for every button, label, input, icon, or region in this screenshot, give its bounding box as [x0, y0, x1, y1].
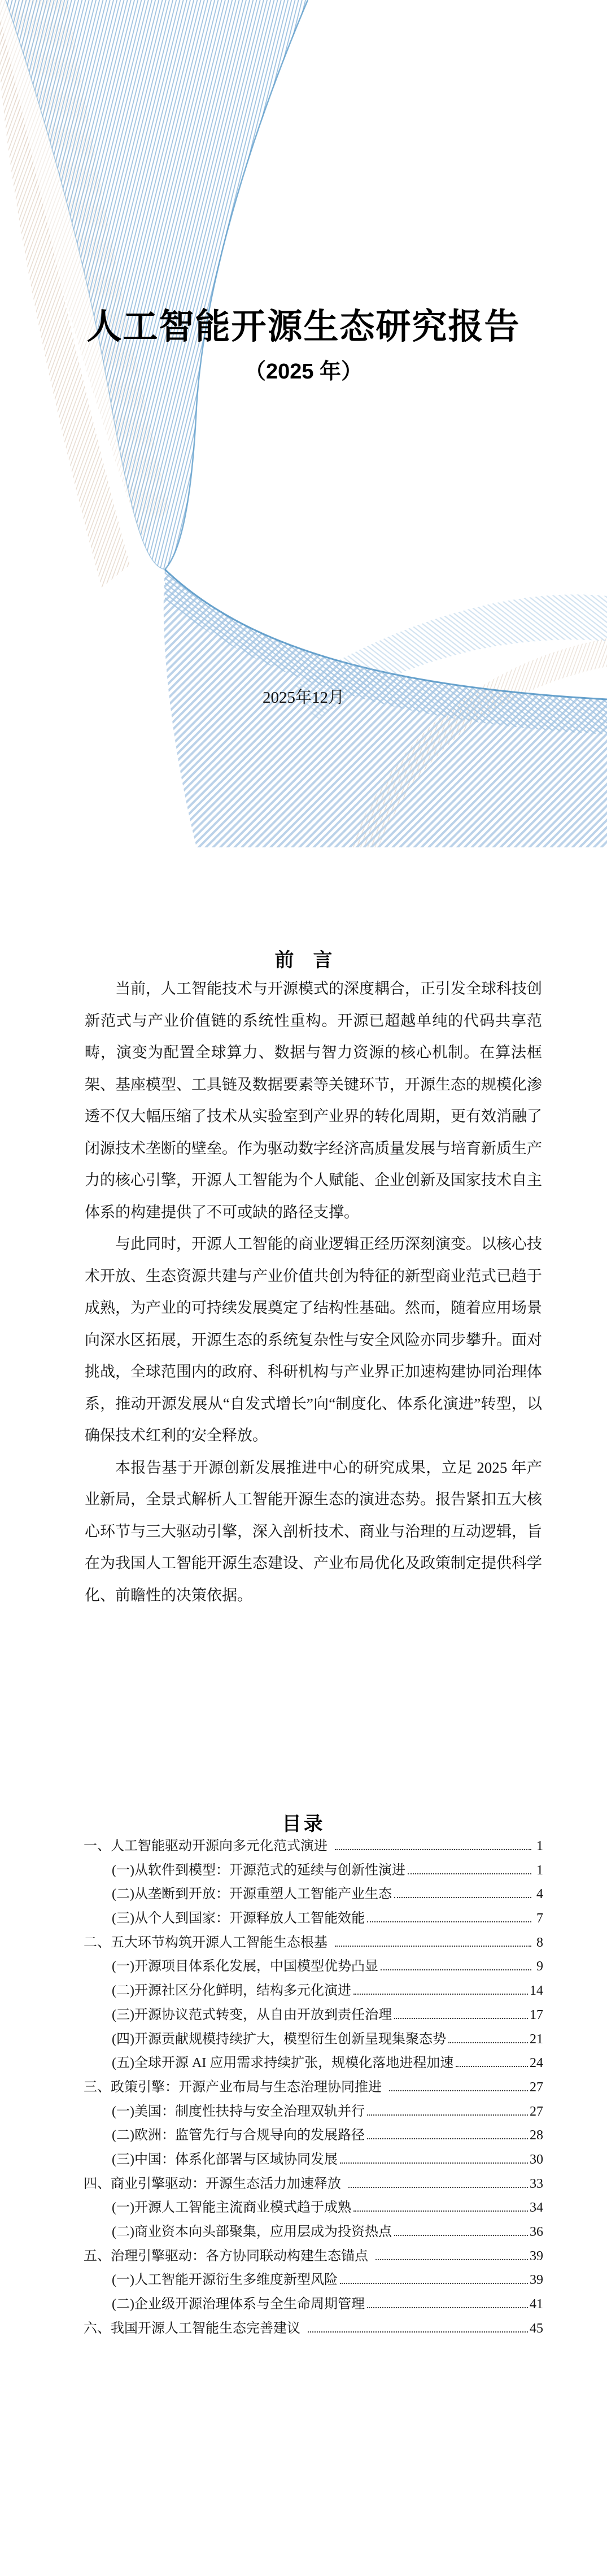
preface-page: 前 言 当前，人工智能技术与开源模式的深度耦合，正引发全球科技创新范式与产业价值… — [0, 859, 607, 1717]
toc-entry: (二)欧洲：监管先行与合规导向的发展路径 28 — [84, 2124, 543, 2148]
report-date: 2025年12月 — [0, 685, 607, 708]
toc-dot-leader — [381, 1956, 531, 1970]
toc-dot-leader — [340, 2149, 528, 2164]
toc-entry-label: (三)中国：体系化部署与区域协同发展 — [112, 2148, 338, 2168]
toc-dot-leader — [448, 2029, 528, 2043]
toc-entry-page: 33 — [530, 2177, 543, 2192]
toc-entry-page: 24 — [530, 2056, 543, 2071]
toc-entry-page: 27 — [530, 2080, 543, 2095]
toc-entry: (三)中国：体系化部署与区域协同发展 30 — [84, 2148, 543, 2172]
toc-dot-leader — [340, 2269, 528, 2284]
toc-entry: (二)商业资本向头部聚集，应用层成为投资热点 36 — [84, 2220, 543, 2244]
toc-entry-label: (三)从个人到国家：开源释放人工智能效能 — [112, 1907, 365, 1926]
toc-entry: (一)从软件到模型：开源范式的延续与创新性演进 1 — [84, 1859, 543, 1883]
toc-entry-label: (三)开源协议范式转变，从自由开放到责任治理 — [112, 2003, 392, 2023]
toc-entry: 二、五大环节构筑开源人工智能生态根基 8 — [84, 1931, 543, 1955]
toc-entry-page: 14 — [530, 1983, 543, 1999]
toc-dot-leader — [367, 1908, 531, 1922]
toc-entry: (二)从垄断到开放：开源重塑人工智能产业生态 4 — [84, 1882, 543, 1907]
toc-entry-label: (二)欧洲：监管先行与合规导向的发展路径 — [112, 2124, 365, 2143]
toc-entry-page: 41 — [530, 2297, 543, 2312]
toc-dot-leader — [394, 2004, 528, 2019]
preface-body: 当前，人工智能技术与开源模式的深度耦合，正引发全球科技创新范式与产业价值链的系统… — [85, 973, 542, 1611]
toc-dot-leader — [335, 1932, 531, 1947]
toc-entry-label: 五、治理引擎驱动：各方协同联动构建生态锚点 — [84, 2244, 368, 2264]
toc-entry: 四、商业引擎驱动：开源生态活力加速释放 33 — [84, 2172, 543, 2196]
toc-entry-page: 8 — [533, 1935, 543, 1951]
toc-entry-page: 28 — [530, 2128, 543, 2143]
toc-entry-label: (二)企业级开源治理体系与全生命周期管理 — [112, 2292, 365, 2312]
toc-entry-label: (一)美国：制度性扶持与安全治理双轨并行 — [112, 2100, 365, 2120]
toc-entry: (一)美国：制度性扶持与安全治理双轨并行 27 — [84, 2100, 543, 2124]
toc-entry-page: 17 — [530, 2008, 543, 2023]
toc-entry: (三)从个人到国家：开源释放人工智能效能 7 — [84, 1907, 543, 1931]
toc-entry: (一)开源项目体系化发展，中国模型优势凸显 9 — [84, 1955, 543, 1979]
toc-entry-label: (二)开源社区分化鲜明，结构多元化演进 — [112, 1979, 351, 1999]
toc-entry: (一)人工智能开源衍生多维度新型风险 39 — [84, 2268, 543, 2292]
toc-entry-label: (一)开源项目体系化发展，中国模型优势凸显 — [112, 1955, 378, 1974]
toc-dot-leader — [389, 2077, 528, 2091]
toc-entry: 三、政策引擎：开源产业布局与生态治理协同推进 27 — [84, 2075, 543, 2100]
report-title: 人工智能开源生态研究报告 — [0, 298, 607, 349]
toc-dot-leader — [308, 2318, 528, 2333]
toc-dot-leader — [375, 2246, 528, 2260]
toc-entry-label: 四、商业引擎驱动：开源生态活力加速释放 — [84, 2172, 341, 2192]
toc-entry-label: 二、五大环节构筑开源人工智能生态根基 — [84, 1931, 327, 1951]
toc-dot-leader — [394, 1883, 531, 1898]
toc-dot-leader — [367, 2101, 528, 2116]
toc-entry-label: (四)开源贡献规模持续扩大，模型衍生创新呈现集聚态势 — [112, 2027, 446, 2047]
toc-entry-label: 一、人工智能驱动开源向多元化范式演进 — [84, 1834, 327, 1854]
toc-entry: 一、人工智能驱动开源向多元化范式演进 1 — [84, 1834, 543, 1859]
toc-entry-label: (二)从垄断到开放：开源重塑人工智能产业生态 — [112, 1882, 392, 1902]
preface-paragraph: 本报告基于开源创新发展推进中心的研究成果，立足 2025 年产业新局，全景式解析… — [85, 1452, 542, 1612]
toc-entry-page: 39 — [530, 2273, 543, 2288]
toc-entry-page: 45 — [530, 2321, 543, 2336]
toc-entry-label: (二)商业资本向头部聚集，应用层成为投资热点 — [112, 2220, 392, 2240]
toc-dot-leader — [394, 2221, 528, 2236]
toc-entry: 五、治理引擎驱动：各方协同联动构建生态锚点 39 — [84, 2244, 543, 2269]
toc-entry-page: 1 — [533, 1863, 543, 1878]
preface-paragraph: 与此同时，开源人工智能的商业逻辑正经历深刻演变。以核心技术开放、生态资源共建与产… — [85, 1228, 542, 1452]
toc-entry-label: 六、我国开源人工智能生态完善建议 — [84, 2317, 300, 2336]
toc-dot-leader — [335, 1835, 531, 1850]
toc-dot-leader — [348, 2173, 528, 2188]
toc-entry: (二)开源社区分化鲜明，结构多元化演进 14 — [84, 1979, 543, 2003]
toc-entry: (一)开源人工智能主流商业模式趋于成熟 34 — [84, 2196, 543, 2220]
toc-entry: (三)开源协议范式转变，从自由开放到责任治理 17 — [84, 2003, 543, 2027]
toc-entry: 六、我国开源人工智能生态完善建议 45 — [84, 2317, 543, 2341]
toc-entry-page: 34 — [530, 2200, 543, 2216]
report-document: 人工智能开源生态研究报告 （2025 年） 2025年12月 前 言 当前，人工… — [0, 0, 607, 2576]
toc-entry-page: 39 — [530, 2249, 543, 2264]
toc-dot-leader — [456, 2052, 528, 2067]
toc-dot-leader — [353, 2197, 528, 2212]
toc-entry: (四)开源贡献规模持续扩大，模型衍生创新呈现集聚态势 21 — [84, 2027, 543, 2052]
toc-entry-label: (五)全球开源 AI 应用需求持续扩张，规模化落地进程加速 — [112, 2051, 453, 2071]
toc-entry: (五)全球开源 AI 应用需求持续扩张，规模化落地进程加速 24 — [84, 2051, 543, 2075]
toc-heading: 目录 — [0, 1808, 607, 1836]
toc-entry-page: 36 — [530, 2225, 543, 2240]
toc-entry: (二)企业级开源治理体系与全生命周期管理 41 — [84, 2292, 543, 2317]
toc-dot-leader — [353, 1980, 528, 1995]
toc-entry-page: 9 — [533, 1959, 543, 1974]
toc-dot-leader — [408, 1860, 531, 1874]
toc-list: 一、人工智能驱动开源向多元化范式演进 1 (一)从软件到模型：开源范式的延续与创… — [84, 1834, 543, 2340]
toc-entry-page: 4 — [533, 1887, 543, 1902]
preface-paragraph: 当前，人工智能技术与开源模式的深度耦合，正引发全球科技创新范式与产业价值链的系统… — [85, 973, 542, 1228]
toc-entry-page: 1 — [533, 1839, 543, 1854]
toc-entry-page: 27 — [530, 2104, 543, 2120]
toc-entry-label: 三、政策引擎：开源产业布局与生态治理协同推进 — [84, 2075, 382, 2095]
toc-entry-label: (一)开源人工智能主流商业模式趋于成熟 — [112, 2196, 351, 2216]
toc-entry-page: 7 — [533, 1911, 543, 1926]
preface-heading: 前 言 — [0, 945, 607, 972]
toc-entry-page: 21 — [530, 2032, 543, 2047]
toc-page: 目录 一、人工智能驱动开源向多元化范式演进 1 (一)从软件到模型：开源范式的延… — [0, 1717, 607, 2576]
toc-entry-label: (一)人工智能开源衍生多维度新型风险 — [112, 2268, 338, 2288]
toc-dot-leader — [367, 2125, 528, 2139]
toc-entry-label: (一)从软件到模型：开源范式的延续与创新性演进 — [112, 1859, 405, 1878]
cover-page: 人工智能开源生态研究报告 （2025 年） 2025年12月 — [0, 0, 607, 859]
toc-dot-leader — [367, 2294, 528, 2308]
toc-entry-page: 30 — [530, 2152, 543, 2168]
report-year: （2025 年） — [0, 354, 607, 385]
cover-wave-art — [0, 0, 607, 847]
